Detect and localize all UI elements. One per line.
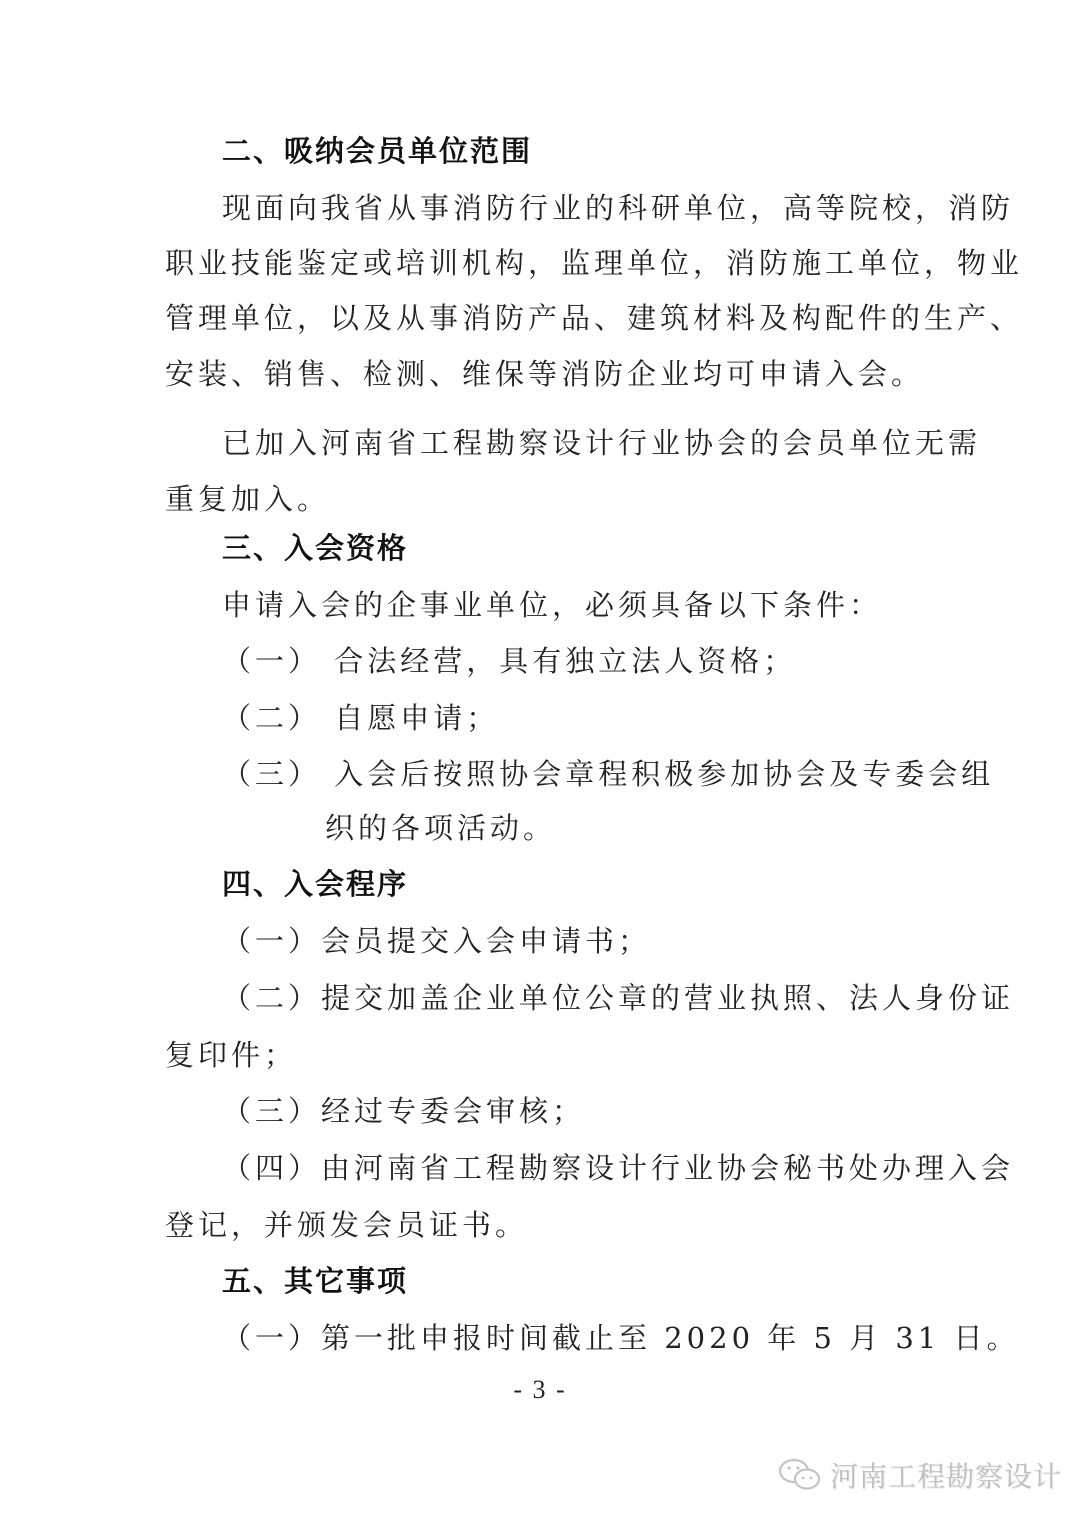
- section-heading-2: 二、吸纳会员单位范围: [222, 133, 532, 169]
- paragraph-line: 现面向我省从事消防行业的科研单位，高等院校，消防: [222, 190, 1014, 226]
- list-item: （一） 合法经营，具有独立法人资格；: [222, 643, 796, 679]
- paragraph-line: 职业技能鉴定或培训机构，监理单位，消防施工单位，物业: [165, 245, 1023, 281]
- list-item: （一）第一批申报时间截止至 2020 年 5 月 31 日。: [222, 1320, 1019, 1356]
- list-item-continuation: 复印件；: [165, 1037, 297, 1073]
- section-heading-4: 四、入会程序: [222, 866, 408, 902]
- list-item: （一）会员提交入会申请书；: [222, 923, 651, 959]
- section-heading-5: 五、其它事项: [222, 1263, 408, 1299]
- paragraph-line: 已加入河南省工程勘察设计行业协会的会员单位无需: [222, 425, 981, 461]
- wechat-icon: [778, 1457, 822, 1493]
- paragraph-line: 管理单位，以及从事消防产品、建筑材料及构配件的生产、: [165, 300, 1023, 336]
- section-heading-3: 三、入会资格: [222, 530, 408, 566]
- paragraph-line: 重复加入。: [165, 481, 330, 517]
- list-item: （二） 自愿申请；: [222, 700, 499, 736]
- list-item-continuation: 登记，并颁发会员证书。: [165, 1207, 528, 1243]
- paragraph-line: 申请入会的企事业单位，必须具备以下条件：: [222, 587, 882, 623]
- list-item-continuation: 织的各项活动。: [325, 810, 556, 846]
- list-item: （三） 入会后按照协会章程积极参加协会及专委会组: [222, 756, 994, 792]
- watermark-text: 河南工程勘察设计: [830, 1455, 1062, 1495]
- list-item: （二）提交加盖企业单位公章的营业执照、法人身份证: [222, 980, 1014, 1016]
- list-item: （四）由河南省工程勘察设计行业协会秘书处办理入会: [222, 1150, 1014, 1186]
- watermark: 河南工程勘察设计: [778, 1455, 1062, 1495]
- list-item: （三）经过专委会审核；: [222, 1093, 585, 1129]
- page-number: - 3 -: [0, 1375, 1080, 1405]
- paragraph-line: 安装、销售、检测、维保等消防企业均可申请入会。: [165, 356, 924, 392]
